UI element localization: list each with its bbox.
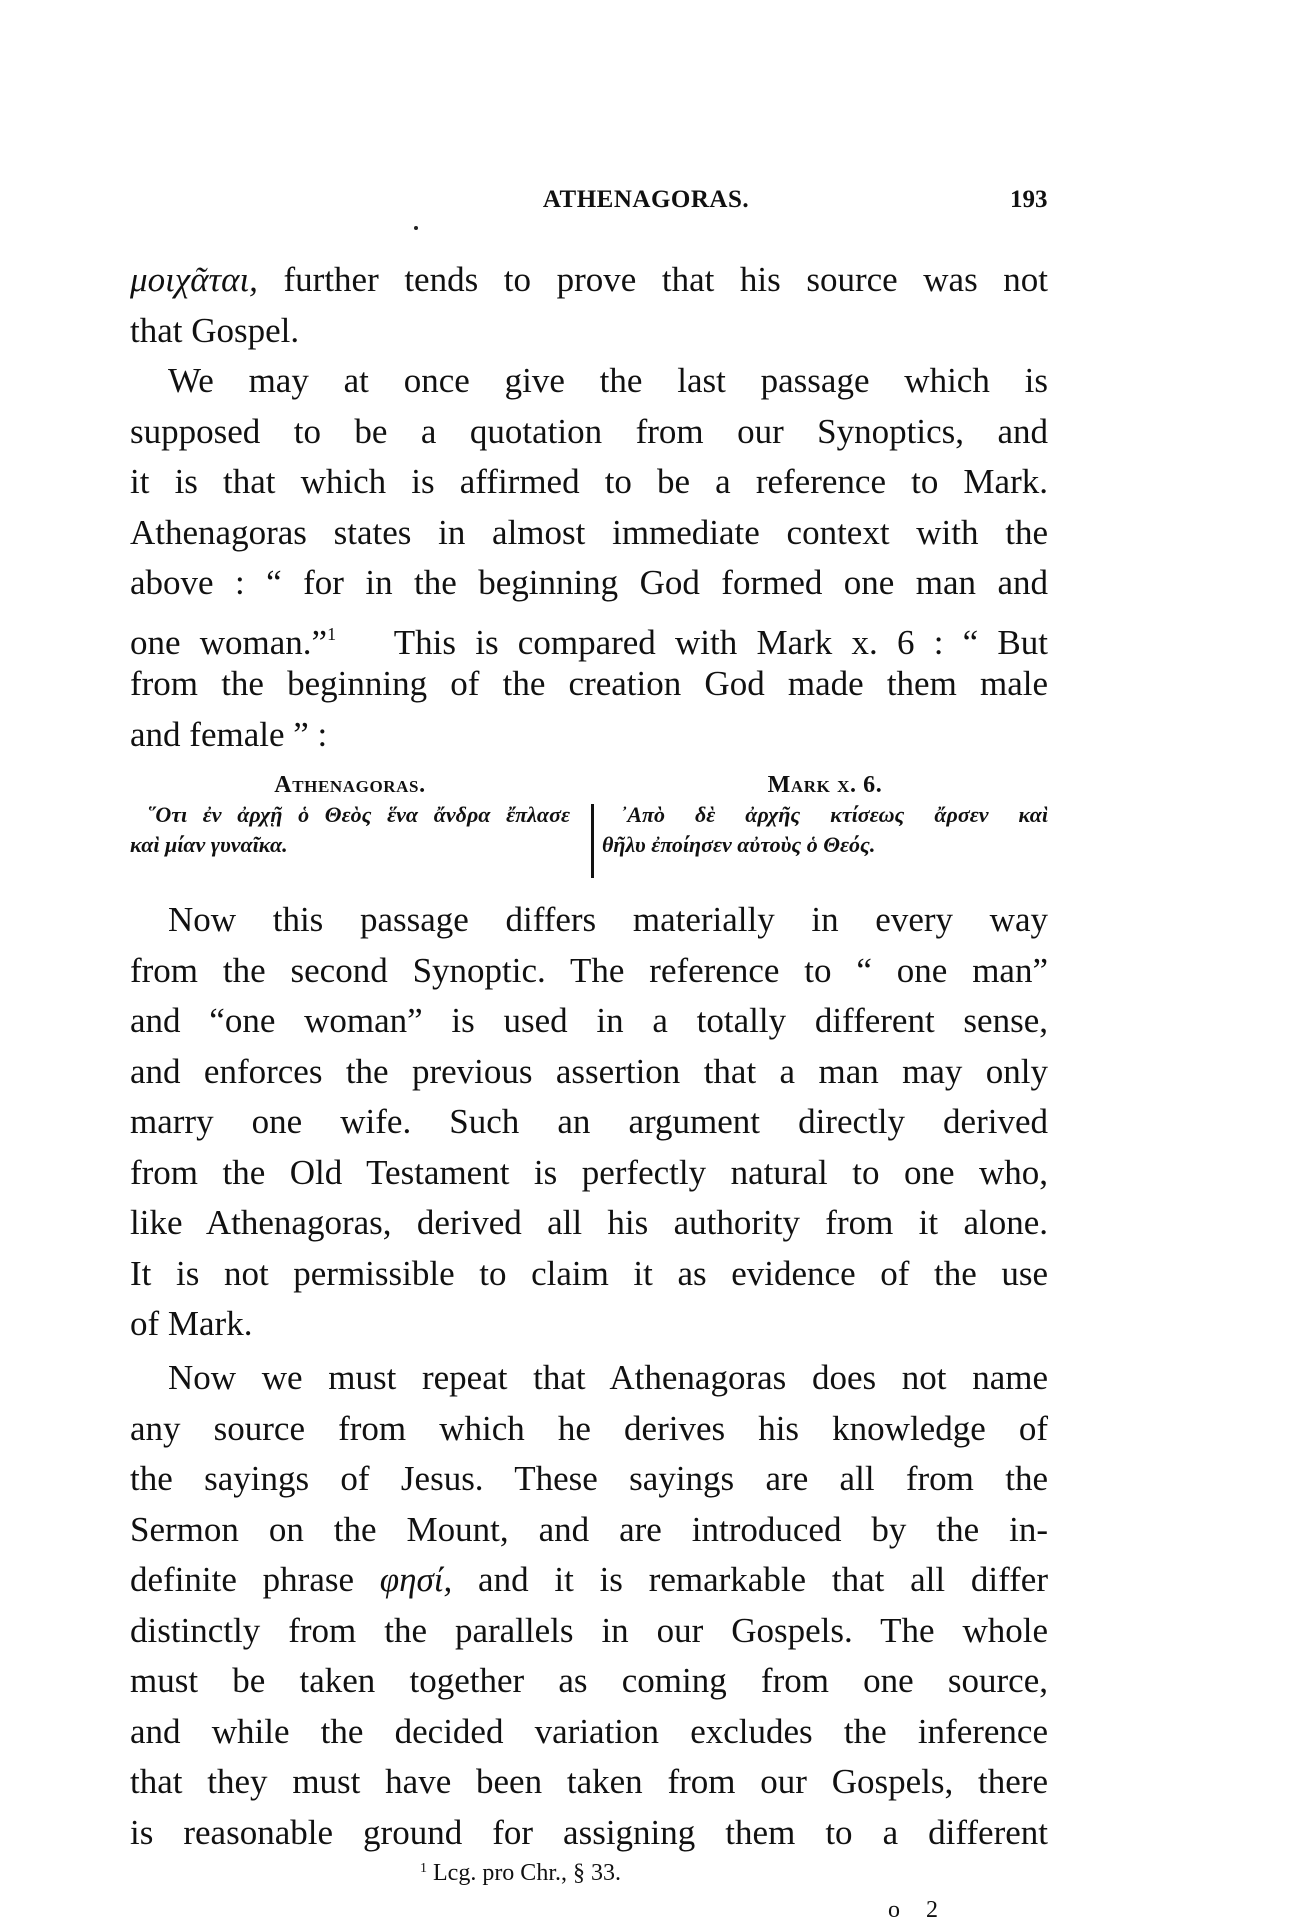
text-line: marry one wife. Such an argument directl… (130, 1097, 1048, 1148)
text-line: any source from which he derives his kno… (130, 1404, 1048, 1455)
text-line: distinctly from the parallels in our Gos… (130, 1606, 1048, 1657)
text-line: like Athenagoras, derived all his author… (130, 1198, 1048, 1249)
running-title: ATHENAGORAS. (0, 186, 1292, 214)
text-line: Sermon on the Mount, and are introduced … (130, 1505, 1048, 1556)
column-heading: Athenagoras. (130, 770, 570, 800)
text-line: from the beginning of the creation God m… (130, 659, 1048, 710)
footnote-marker: 1 (420, 1861, 427, 1876)
text-line: from the second Synoptic. The reference … (130, 946, 1048, 997)
greek-line: ῞Οτι ἐν ἀρχῇ ὁ Θεὸς ἕνα ἄνδρα ἔπλασε (130, 800, 570, 830)
text-line: and while the decided variation excludes… (130, 1707, 1048, 1758)
text-line: and “one woman” is used in a totally dif… (130, 996, 1048, 1047)
text-line: from the Old Testament is perfectly natu… (130, 1148, 1048, 1199)
text-line: that they must have been taken from our … (130, 1757, 1048, 1808)
paragraph-1: μοιχᾶται, further tends to prove that hi… (130, 255, 1048, 356)
text-line: must be taken together as coming from on… (130, 1656, 1048, 1707)
greek-line: θῆλυ ἐποίησεν αὐτοὺς ὁ Θεός. (602, 830, 1048, 860)
column-divider (591, 804, 594, 878)
text-line: We may at once give the last passage whi… (130, 356, 1048, 407)
text-line: above : “ for in the beginning God forme… (130, 558, 1048, 609)
text-line: it is that which is affirmed to be a ref… (130, 457, 1048, 508)
page-number: 193 (1010, 186, 1048, 214)
text-line: and enforces the previous assertion that… (130, 1047, 1048, 1098)
text-line: It is not permissible to claim it as evi… (130, 1249, 1048, 1300)
greek-word: μοιχᾶται, (130, 260, 258, 299)
column-heading: Mark x. 6. (602, 770, 1048, 800)
footnote: 1Lcg. pro Chr., § 33. (420, 1860, 621, 1887)
text-line: μοιχᾶται, further tends to prove that hi… (130, 255, 1048, 306)
footnote-reference: 1 (327, 624, 336, 644)
text-line: is reasonable ground for assigning them … (130, 1808, 1048, 1859)
greek-word: φησί, (380, 1560, 452, 1599)
text-line: Now this passage differs materially in e… (130, 895, 1048, 946)
paragraph-2: We may at once give the last passage whi… (130, 356, 1048, 760)
text-line: that Gospel. (130, 306, 1048, 357)
print-speck (414, 226, 418, 230)
text-line: and female ” : (130, 710, 1048, 761)
text-line: definite phrase φησί, and it is remarkab… (130, 1555, 1048, 1606)
text-line: the sayings of Jesus. These sayings are … (130, 1454, 1048, 1505)
athenagoras-column: Athenagoras. ῞Οτι ἐν ἀρχῇ ὁ Θεὸς ἕνα ἄνδ… (130, 770, 570, 860)
paragraph-4: Now we must repeat that Athenagoras does… (130, 1353, 1048, 1858)
text-line: Athenagoras states in almost immediate c… (130, 508, 1048, 559)
printer-signature: o 2 (888, 1897, 948, 1924)
text-line: supposed to be a quotation from our Syno… (130, 407, 1048, 458)
mark-column: Mark x. 6. ᾿Απὸ δὲ ἀρχῆς κτίσεως ἄρσεν κ… (602, 770, 1048, 860)
greek-line: ᾿Απὸ δὲ ἀρχῆς κτίσεως ἄρσεν καὶ (602, 800, 1048, 830)
paragraph-3: Now this passage differs materially in e… (130, 895, 1048, 1350)
text-line: Now we must repeat that Athenagoras does… (130, 1353, 1048, 1404)
comparison-table: Athenagoras. ῞Οτι ἐν ἀρχῇ ὁ Θεὸς ἕνα ἄνδ… (130, 770, 1048, 880)
footnote-text: Lcg. pro Chr., § 33. (433, 1860, 621, 1886)
text-line: one woman.”1 This is compared with Mark … (130, 609, 1048, 660)
greek-line: καὶ μίαν γυναῖκα. (130, 830, 570, 860)
text-line: of Mark. (130, 1299, 1048, 1350)
